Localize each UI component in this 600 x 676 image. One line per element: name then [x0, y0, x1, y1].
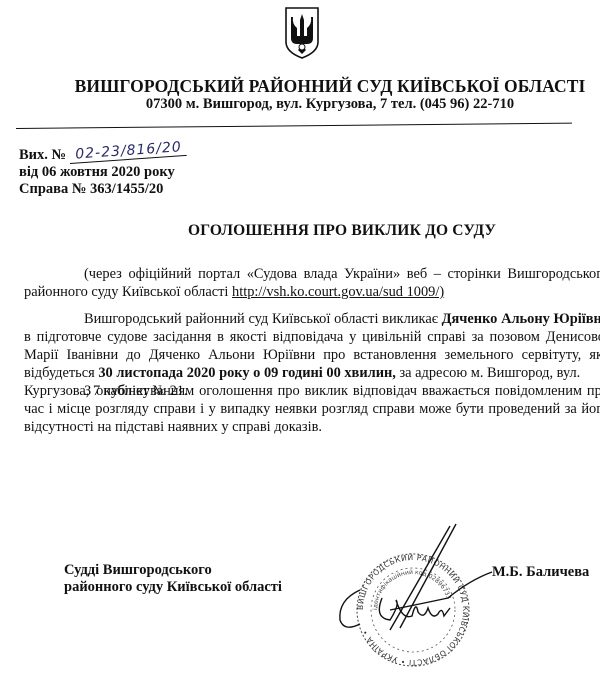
portal-line-2-text: районного суду Київської області — [24, 284, 232, 300]
portal-line-1: (через офіційний портал «Судова влада Ук… — [24, 265, 600, 283]
portal-paragraph: (через офіційний портал «Судова влада Ук… — [24, 265, 600, 301]
summons-line-3: Марії Іванівни до Дяченко Альони Юріївни… — [24, 346, 600, 364]
court-address: 07300 м. Вишгород, вул. Кургузова, 7 тел… — [60, 96, 600, 113]
outgoing-number: Вих. № 02-23/816/20 — [19, 147, 186, 164]
outgoing-label: Вих. № — [19, 147, 66, 163]
document-date: від 06 жовтня 2020 року — [19, 164, 175, 181]
header-divider — [16, 123, 572, 129]
court-stamp-and-signature: ВИШГОРОДСЬКИЙ РАЙОННИЙ СУД КИЇВСЬКОЇ ОБЛ… — [330, 520, 500, 676]
coat-of-arms-icon — [284, 6, 320, 60]
summons-line-2: в підготовче судове засідання в якості в… — [24, 328, 600, 346]
publication-paragraph: З опублікуванням оголошення про виклик в… — [24, 382, 600, 436]
judge-title-line-1: Судді Вишгородського — [64, 562, 282, 579]
summons-line-4-post: за адресою м. Вишгород, вул. — [396, 365, 580, 381]
notice-title: ОГОЛОШЕННЯ ПРО ВИКЛИК ДО СУДУ — [188, 222, 496, 240]
svg-text:ВИШГОРОДСЬКИЙ РАЙОННИЙ СУД КИЇ: ВИШГОРОДСЬКИЙ РАЙОННИЙ СУД КИЇВСЬКОЇ ОБЛ… — [356, 553, 470, 667]
summons-line-4: відбудеться 30 листопада 2020 року о 09 … — [24, 364, 600, 382]
summons-line-1: Вишгородський районний суд Київської обл… — [24, 310, 600, 328]
hearing-datetime: 30 листопада 2020 року о 09 годині 00 хв… — [98, 365, 396, 381]
publication-line-3: відсутності на підставі наявних у справі… — [24, 418, 600, 436]
court-name: ВИШГОРОДСЬКИЙ РАЙОННИЙ СУД КИЇВСЬКОЇ ОБЛ… — [60, 76, 600, 97]
stamp-icon: ВИШГОРОДСЬКИЙ РАЙОННИЙ СУД КИЇВСЬКОЇ ОБЛ… — [356, 553, 470, 667]
judge-title: Судді Вишгородського районного суду Київ… — [64, 562, 282, 596]
case-number: Справа № 363/1455/20 — [19, 181, 163, 198]
publication-line-1: З опублікуванням оголошення про виклик в… — [24, 382, 600, 400]
outgoing-number-handwritten: 02-23/816/20 — [69, 139, 187, 164]
stamp-inner-text: ідентифікаційний код 02896733 — [372, 569, 452, 610]
stamp-outer-text: ВИШГОРОДСЬКИЙ РАЙОННИЙ СУД КИЇВСЬКОЇ ОБЛ… — [356, 553, 470, 667]
defendant-name: Дяченко Альону Юріївну — [442, 311, 600, 327]
judge-name: М.Б. Баличева — [492, 564, 589, 581]
svg-text:ідентифікаційний код 02896733: ідентифікаційний код 02896733 — [372, 569, 452, 610]
portal-line-2: районного суду Київської області http://… — [24, 283, 600, 301]
publication-line-2: час і місце розгляду справи і у випадку … — [24, 400, 600, 418]
court-portal-link[interactable]: http://vsh.ko.court.gov.ua/sud 1009/) — [232, 284, 444, 300]
judge-title-line-2: районного суду Київської області — [64, 579, 282, 596]
summons-line-4-pre: відбудеться — [24, 365, 98, 381]
summons-line-1-text: Вишгородський районний суд Київської обл… — [84, 311, 442, 327]
